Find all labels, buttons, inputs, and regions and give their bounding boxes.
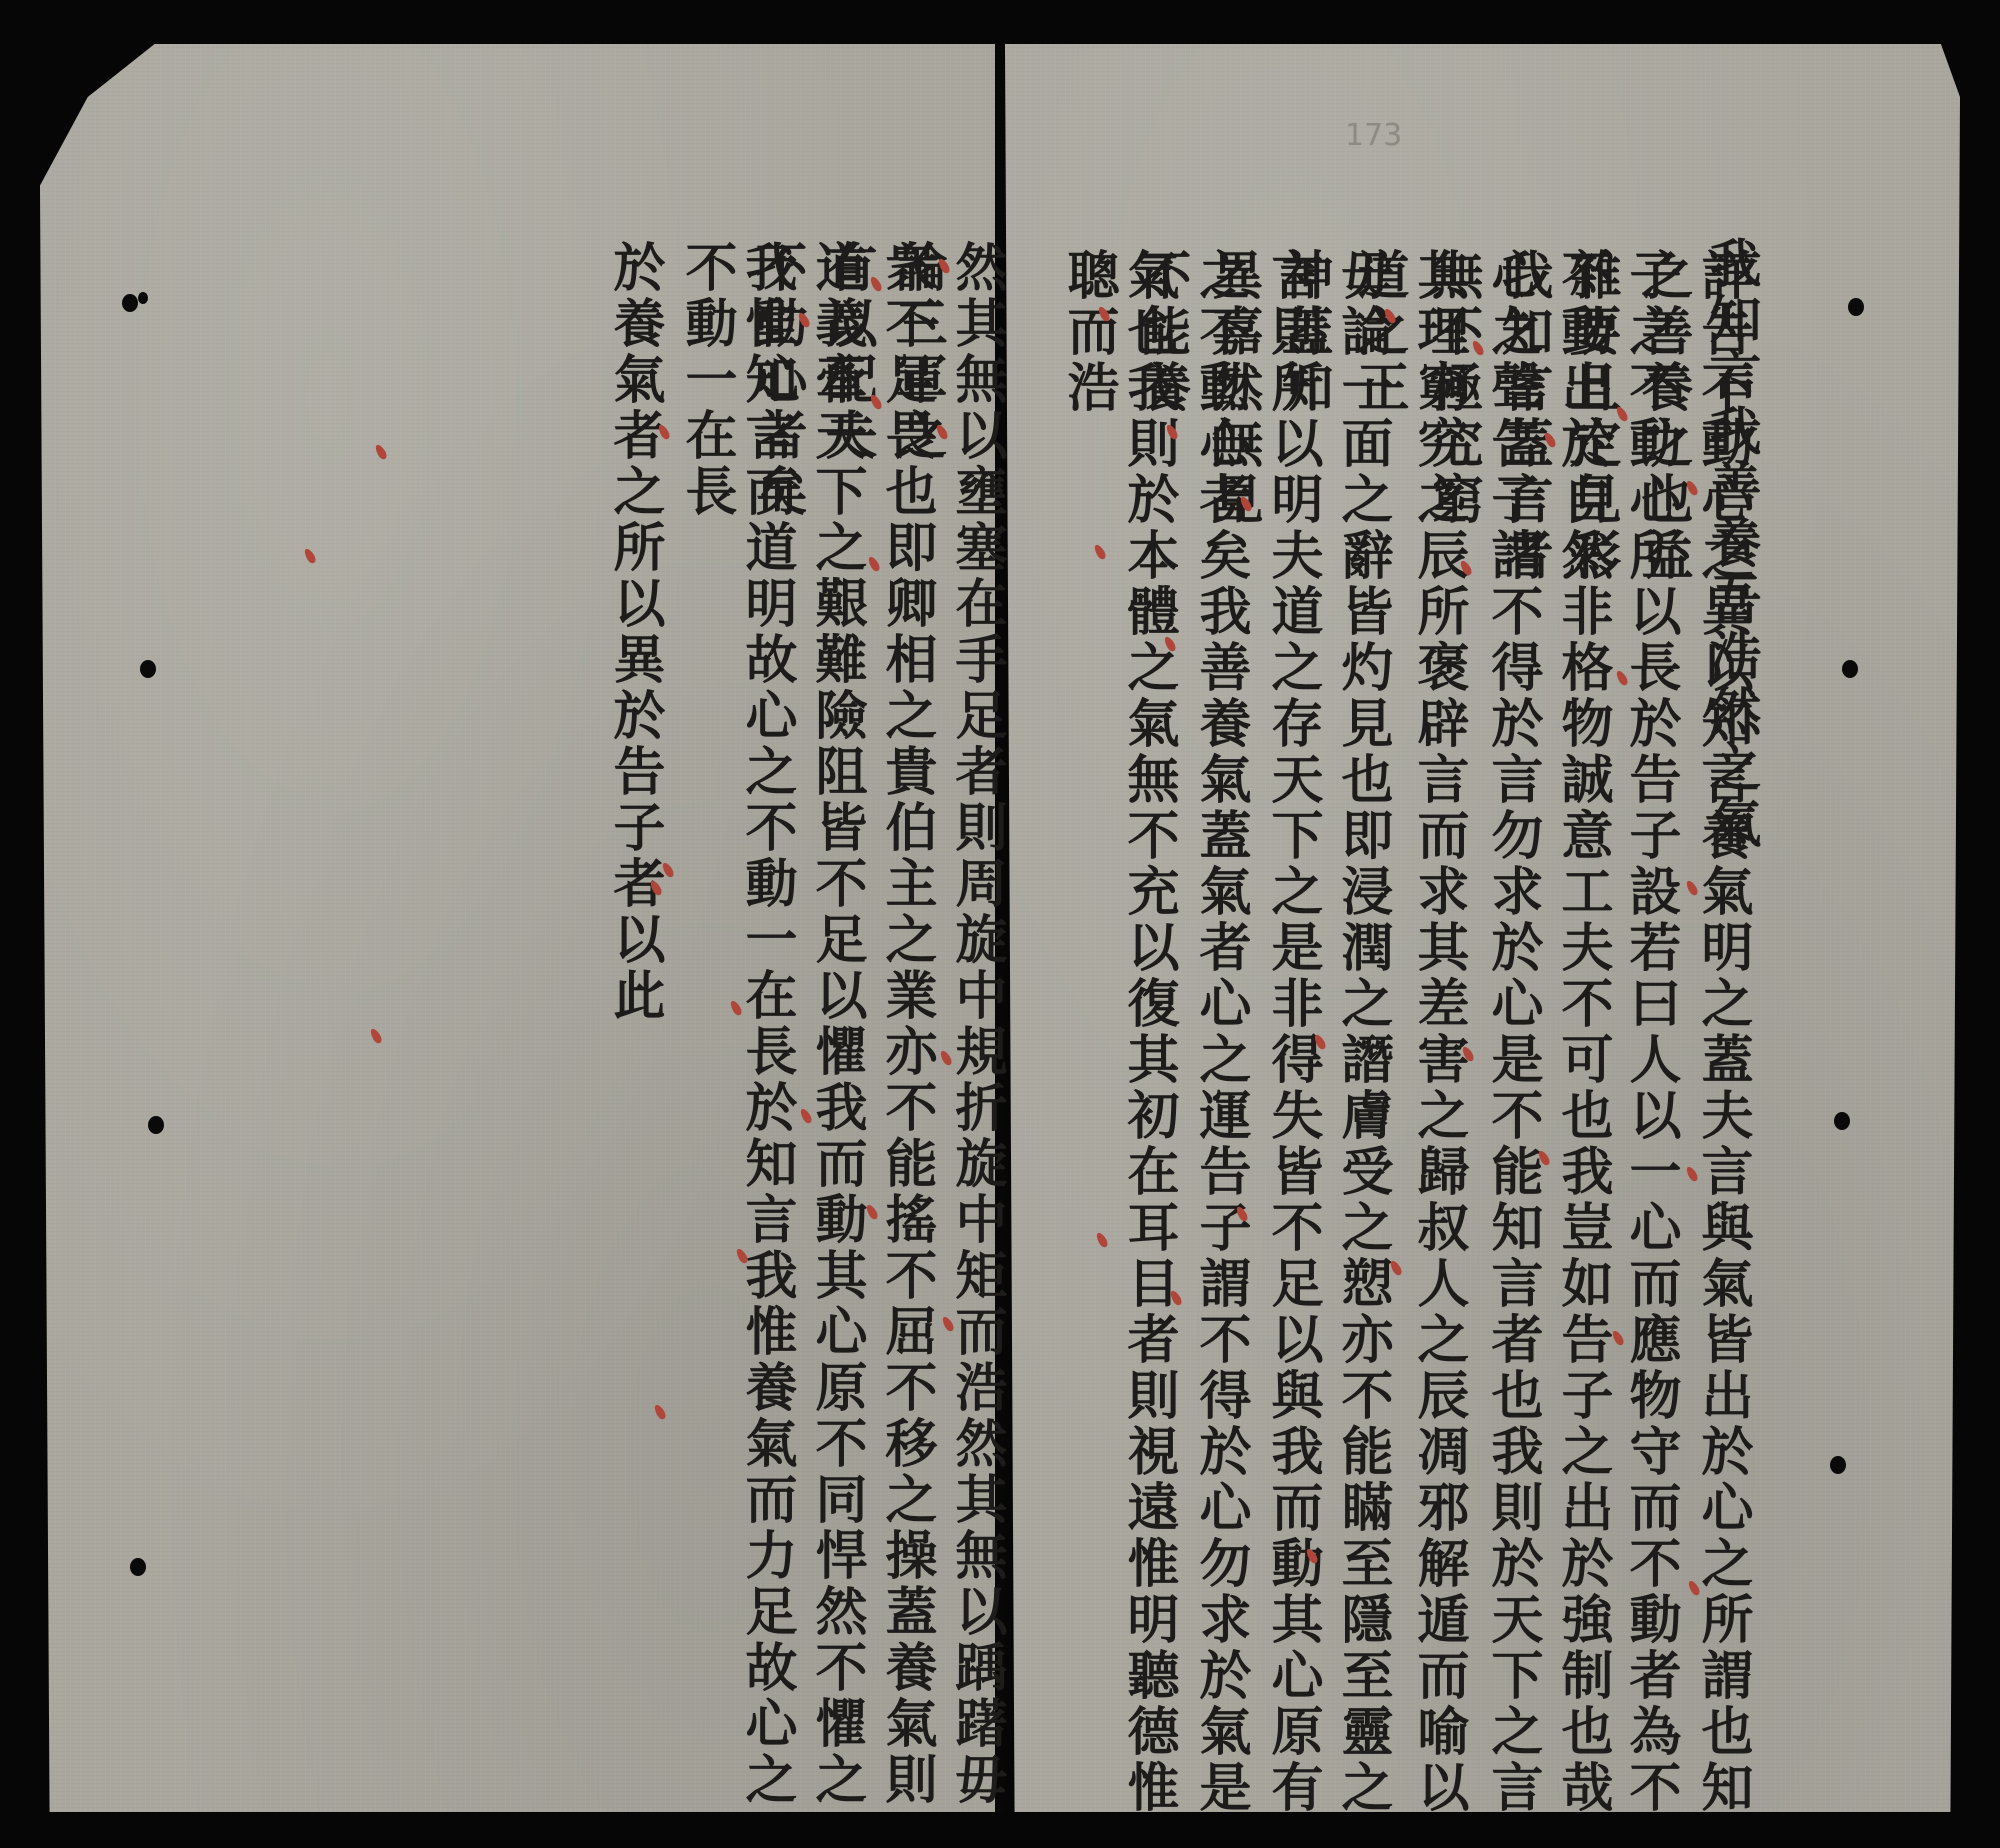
binding-hole xyxy=(122,294,138,312)
text-column: 氣也我則於本體之氣無不充以復其初在耳目者則視遠惟明聽德惟聰而浩 xyxy=(1058,248,1178,1848)
binding-hole xyxy=(1842,660,1858,678)
binding-hole xyxy=(1834,1112,1850,1130)
binding-hole xyxy=(148,1116,164,1134)
binding-hole xyxy=(130,1558,146,1576)
text-column: 於養氣者之所以異於告子者以此 xyxy=(604,240,664,1024)
binding-hole xyxy=(140,660,156,678)
binding-hole xyxy=(1830,1456,1846,1474)
text-column: 我惟知言而道明故心之不動一在長於知言我惟養氣而力足故心之不動一在長 xyxy=(676,240,796,1848)
binding-hole xyxy=(1848,298,1864,316)
folio-number: 173 xyxy=(1345,118,1402,153)
binding-hole xyxy=(138,292,148,304)
